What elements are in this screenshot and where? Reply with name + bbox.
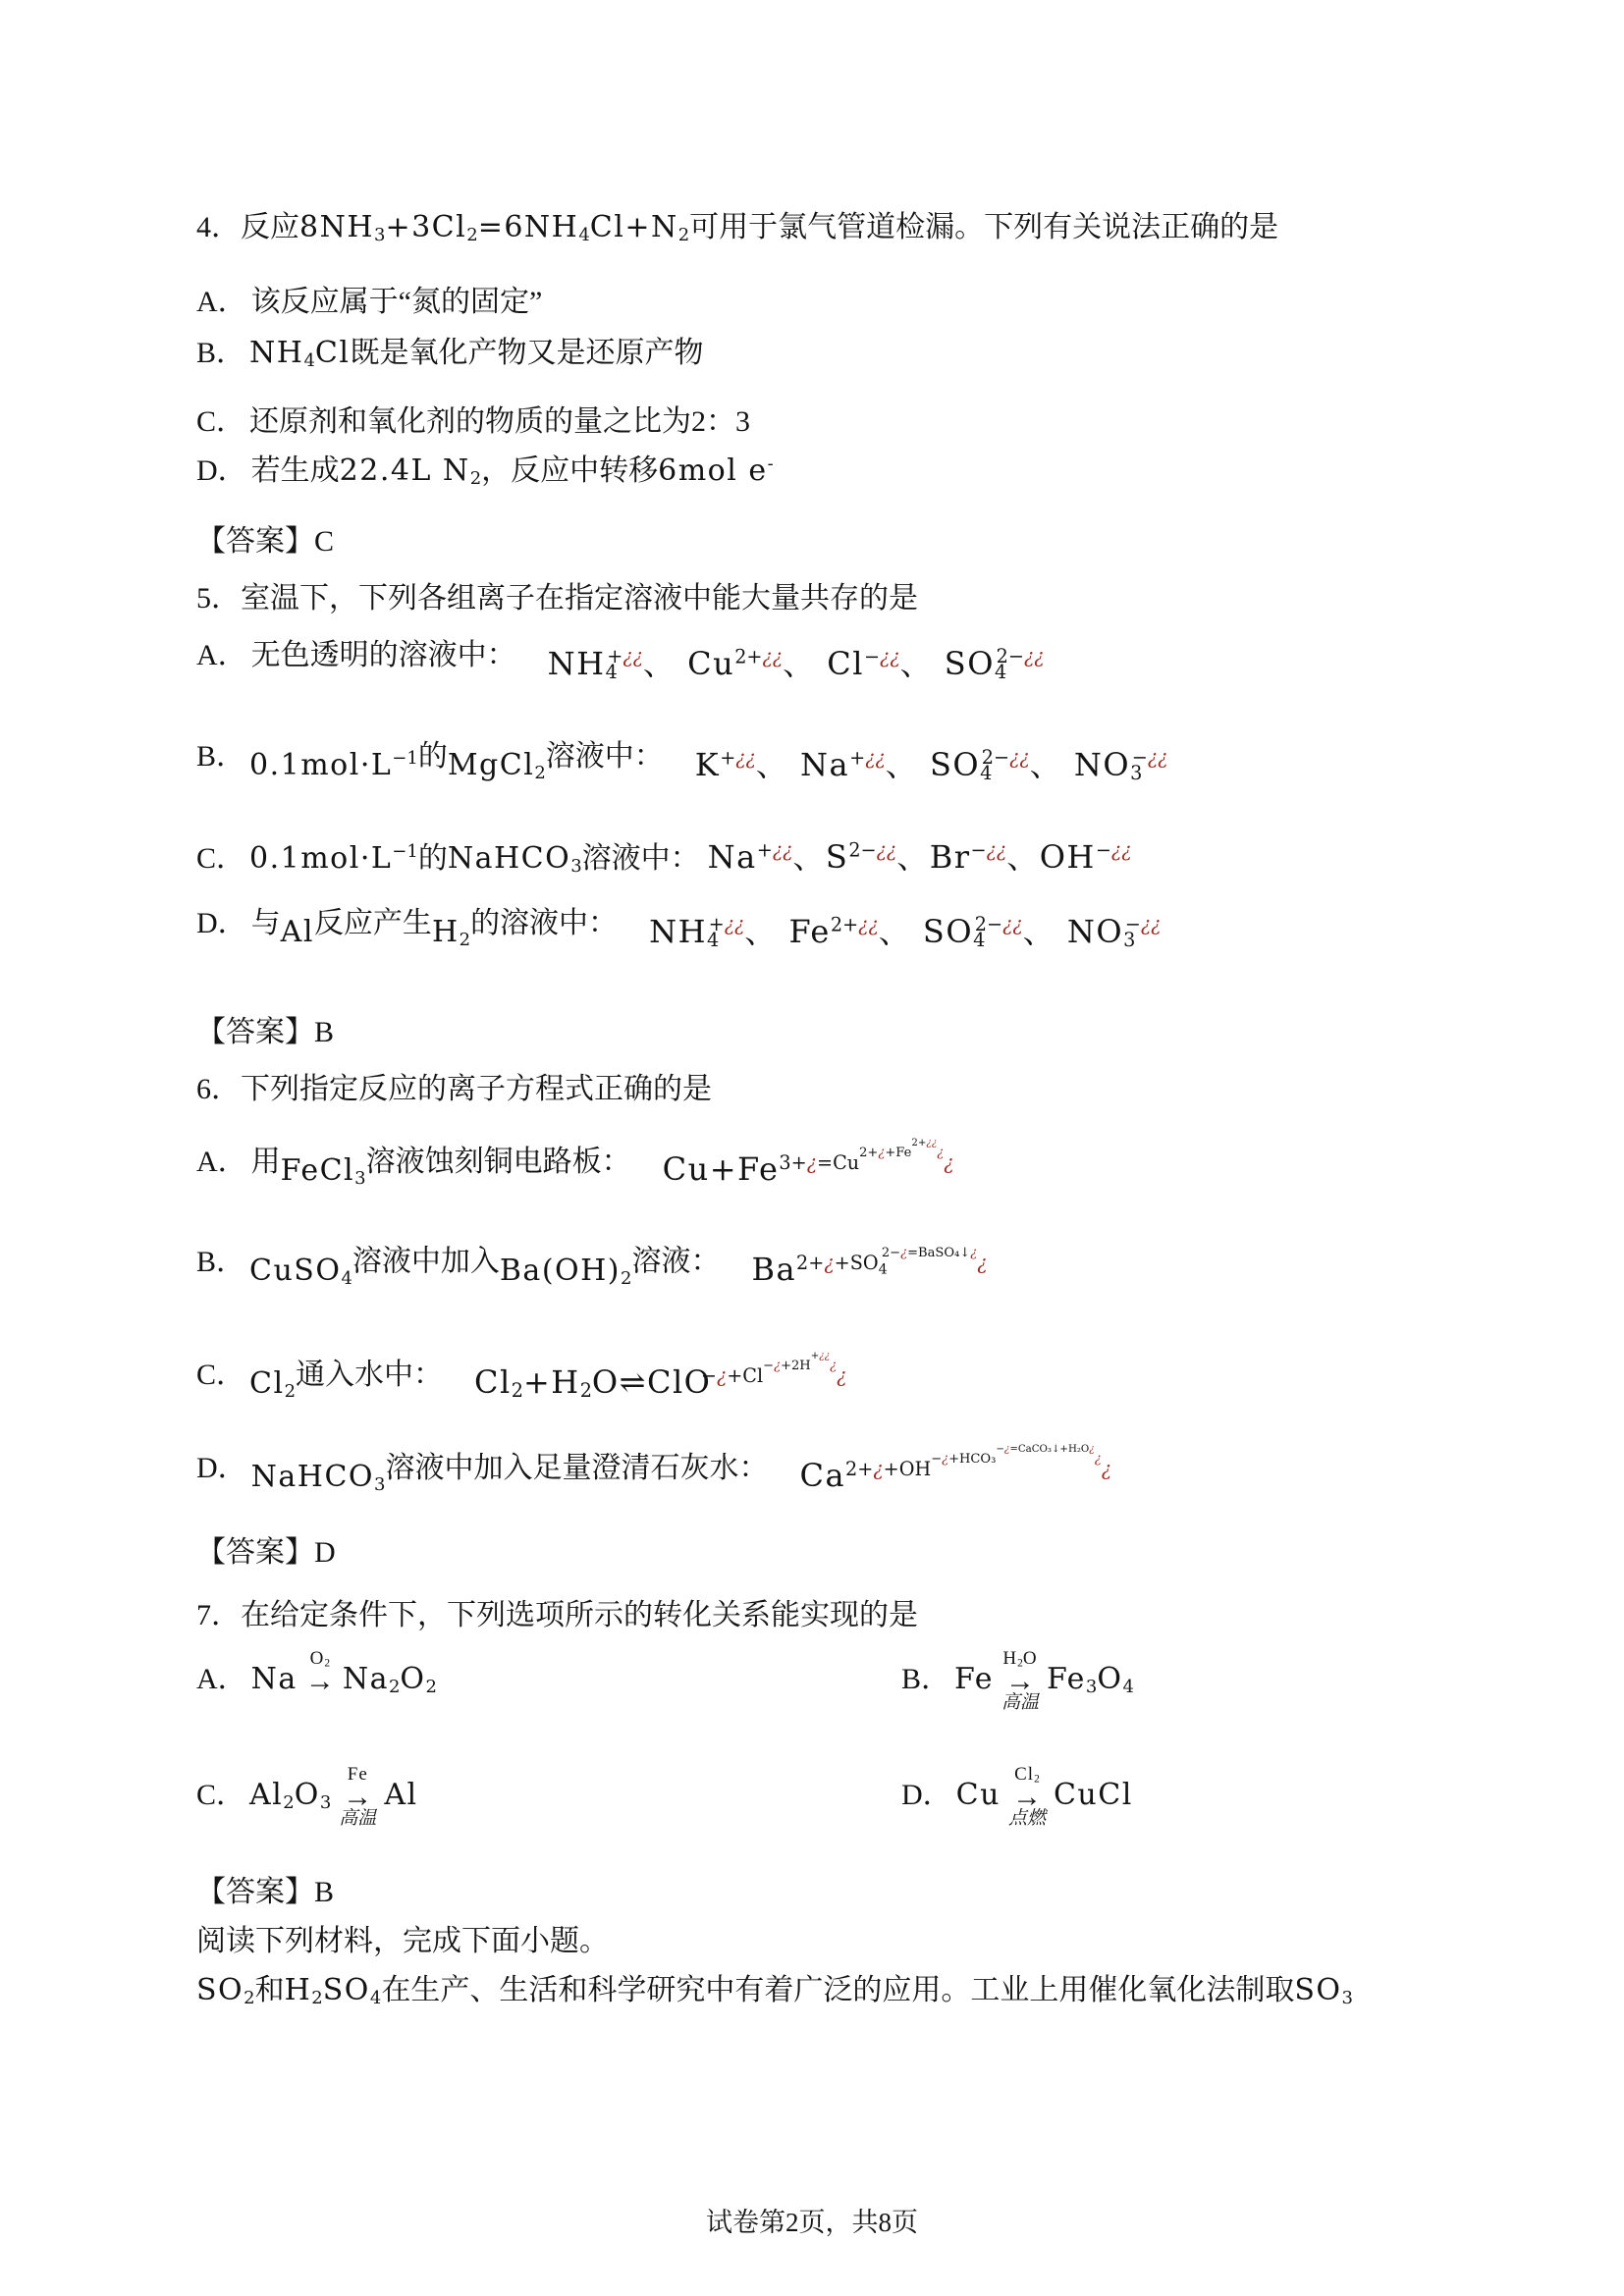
q4-option-b: B．NH4Cl既是氧化产物又是还原产物	[196, 334, 703, 374]
option-text: Cl2通入水中：	[249, 1359, 443, 1400]
q6-answer: 【答案】D	[196, 1533, 336, 1574]
q5-answer: 【答案】B	[196, 1013, 334, 1053]
option-formula: Ba2+¿+SO42−¿=BaSO₄↓¿¿	[751, 1243, 987, 1278]
arrow-icon: →	[343, 1787, 372, 1809]
option-text: 该反应属于“氮的固定”	[251, 286, 543, 318]
q7-answer: 【答案】B	[196, 1873, 334, 1913]
arrow-under-label: 点燃	[1008, 1809, 1046, 1831]
reactant: Al2O3	[249, 1778, 331, 1812]
q4-option-d: D．若生成22.4L N2，反应中转移6mol e-	[196, 452, 774, 492]
option-label: C．	[196, 405, 245, 438]
option-label: C．	[196, 1779, 245, 1811]
option-text: CuSO4溶液中加入Ba(OH)2溶液：	[249, 1246, 720, 1287]
q5-option-a: A．无色透明的溶液中：NH4+¿¿、 Cu2+¿¿、 Cl−¿¿、 SO42−¿…	[196, 633, 1045, 676]
q7-row-cd: C．Al2O3Fe→高温Al D．CuCl2→点燃CuCl	[196, 1765, 1624, 1863]
product: CuCl	[1054, 1778, 1133, 1812]
reaction-arrow: Fe→高温	[339, 1765, 376, 1831]
q4-answer: 【答案】C	[196, 522, 334, 562]
option-label: C．	[196, 1359, 245, 1391]
option-text: 无色透明的溶液中：	[251, 639, 516, 671]
q6-option-d: D．NaHCO3溶液中加入足量澄清石灰水：Ca2+¿+OH−¿+HCO₃−¿=C…	[196, 1433, 1111, 1488]
q5-option-c: C．0.1mol·L−1的NaHCO3溶液中：Na+¿¿、S2−¿¿、Br−¿¿…	[196, 836, 1132, 880]
option-text: 0.1mol·L−1的NaHCO3溶液中：	[249, 842, 700, 875]
q7-option-a: A．NaO2→Na2O2	[196, 1649, 437, 1715]
option-label: B．	[196, 337, 245, 369]
option-label: D．	[901, 1779, 952, 1811]
option-text: 与Al反应产生H2的溶液中：	[251, 907, 618, 948]
option-text: NH4Cl既是氧化产物又是还原产物	[249, 337, 703, 369]
option-formula: Na+¿¿、S2−¿¿、Br−¿¿、OH−¿¿	[708, 839, 1132, 875]
product: Al	[384, 1778, 417, 1812]
arrow-icon: →	[1005, 1671, 1035, 1693]
q4-stem: 4．反应8NH3+3Cl2=6NH4Cl+N2可用于氯气管道检漏。下列有关说法正…	[196, 208, 1278, 248]
reactant: Na	[251, 1662, 298, 1696]
arrow-under-label: 高温	[1001, 1693, 1039, 1715]
arrow-icon: →	[305, 1671, 335, 1693]
product: Na2O2	[343, 1662, 437, 1696]
option-label: B．	[196, 1246, 245, 1278]
option-label: C．	[196, 842, 245, 875]
q6-option-a: A．用FeCl3溶液蚀刻铜电路板：Cu+Fe3+¿=Cu2+¿+Fe2+¿¿¿¿	[196, 1127, 954, 1182]
option-text: 用FeCl3溶液蚀刻铜电路板：	[251, 1146, 631, 1187]
option-label: D．	[196, 907, 247, 939]
reaction-arrow: H2O→高温	[1001, 1649, 1039, 1715]
option-text: 0.1mol·L−1的MgCl2溶液中：	[249, 740, 664, 781]
q6-option-b: B．CuSO4溶液中加入Ba(OH)2溶液：Ba2+¿+SO42−¿=BaSO₄…	[196, 1235, 988, 1282]
q4-option-a: A．该反应属于“氮的固定”	[196, 283, 542, 323]
option-label: A．	[196, 639, 247, 671]
option-label: A．	[196, 286, 247, 318]
option-formula: K+¿¿、 Na+¿¿、 SO42−¿¿、 NO3−¿¿	[695, 737, 1168, 773]
q5-option-b: B．0.1mol·L−1的MgCl2溶液中：K+¿¿、 Na+¿¿、 SO42−…	[196, 734, 1167, 777]
option-text: NaHCO3溶液中加入足量澄清石灰水：	[251, 1452, 769, 1493]
option-formula: NH4+¿¿、 Cu2+¿¿、 Cl−¿¿、 SO42−¿¿	[548, 636, 1045, 671]
reactant: Cu	[956, 1778, 1001, 1812]
option-label: D．	[196, 454, 247, 487]
option-label: B．	[901, 1663, 950, 1695]
q5-stem: 5．室温下，下列各组离子在指定溶液中能大量共存的是	[196, 579, 918, 619]
q7-stem: 7．在给定条件下，下列选项所示的转化关系能实现的是	[196, 1596, 918, 1636]
option-label: A．	[196, 1663, 247, 1695]
arrow-icon: →	[1012, 1787, 1042, 1809]
reaction-arrow: O2→	[305, 1649, 335, 1715]
reading-intro: 阅读下列材料，完成下面小题。	[196, 1922, 609, 1962]
option-formula: NH4+¿¿、 Fe2+¿¿、 SO42−¿¿、 NO3−¿¿	[649, 904, 1161, 939]
q7-option-c: C．Al2O3Fe→高温Al	[196, 1765, 418, 1831]
product: Fe3O4	[1047, 1662, 1134, 1696]
q7-row-ab: A．NaO2→Na2O2 B．FeH2O→高温Fe3O4	[196, 1649, 1624, 1747]
option-text: 还原剂和氧化剂的物质的量之比为2：3	[249, 405, 750, 438]
exam-page: 4．反应8NH3+3Cl2=6NH4Cl+N2可用于氯气管道检漏。下列有关说法正…	[0, 0, 1624, 2296]
reading-passage: SO2和H2SO4在生产、生活和科学研究中有着广泛的应用。工业上用催化氧化法制取…	[196, 1971, 1353, 2011]
q5-option-d: D．与Al反应产生H2的溶液中：NH4+¿¿、 Fe2+¿¿、 SO42−¿¿、…	[196, 901, 1161, 944]
option-label: B．	[196, 740, 245, 773]
option-formula: Ca2+¿+OH−¿+HCO₃−¿=CaCO₃↓+H₂O¿¿¿	[799, 1449, 1111, 1484]
option-label: D．	[196, 1452, 247, 1484]
reaction-arrow: Cl2→点燃	[1008, 1765, 1046, 1831]
option-label: A．	[196, 1146, 247, 1178]
q6-stem: 6．下列指定反应的离子方程式正确的是	[196, 1070, 712, 1110]
q7-option-b: B．FeH2O→高温Fe3O4	[901, 1649, 1134, 1715]
q7-option-d: D．CuCl2→点燃CuCl	[901, 1765, 1133, 1831]
option-formula: Cl2+H2O⇌ClO−¿+Cl−¿+2H+¿¿¿¿	[474, 1356, 846, 1391]
reactant: Fe	[954, 1662, 994, 1696]
arrow-under-label: 高温	[339, 1809, 376, 1831]
page-footer: 试卷第2页，共8页	[0, 2201, 1624, 2239]
q4-option-c: C．还原剂和氧化剂的物质的量之比为2：3	[196, 402, 750, 443]
option-text: 若生成22.4L N2，反应中转移6mol e-	[251, 454, 774, 487]
option-formula: Cu+Fe3+¿=Cu2+¿+Fe2+¿¿¿¿	[663, 1143, 954, 1178]
q6-option-c: C．Cl2通入水中：Cl2+H2O⇌ClO−¿+Cl−¿+2H+¿¿¿¿	[196, 1340, 846, 1395]
